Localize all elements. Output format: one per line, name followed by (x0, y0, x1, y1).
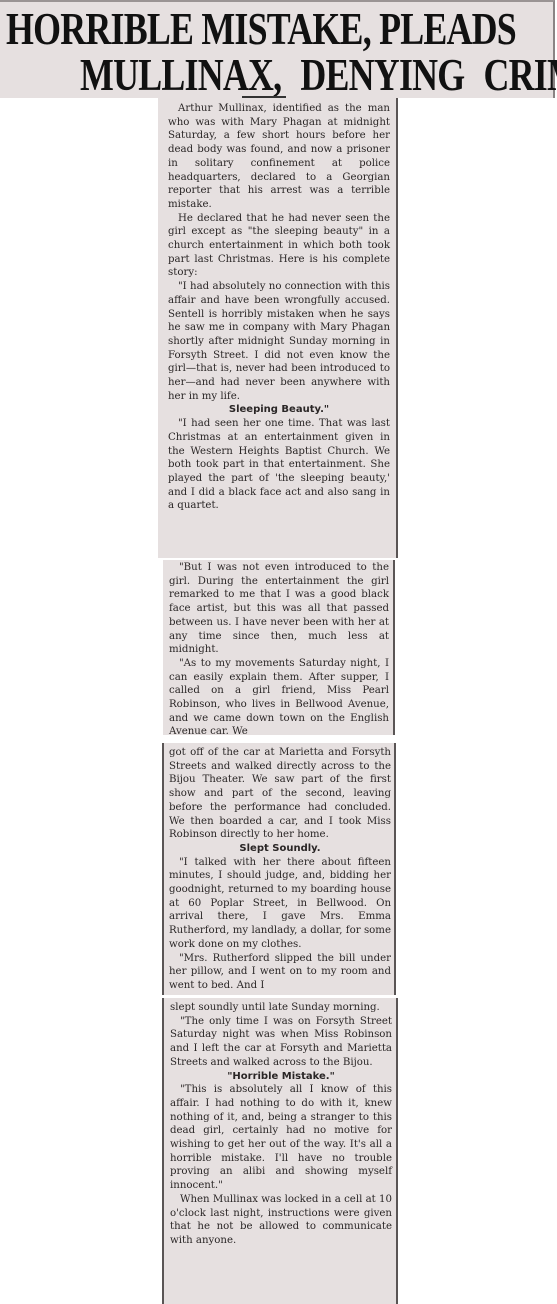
paragraph: "This is absolutely all I know of this a… (170, 1083, 392, 1193)
paragraph: slept soundly until late Sunday morning. (170, 1001, 392, 1015)
paragraph-lead: Arthur Mullinax, identified as the man w… (168, 102, 390, 212)
paragraph: "I talked with her there about fifteen m… (169, 856, 391, 952)
paragraph: "Mrs. Rutherford slipped the bill under … (169, 952, 391, 993)
paragraph: "I had seen her one time. That was last … (168, 417, 390, 513)
subheading: Sleeping Beauty." (168, 403, 390, 417)
headline-line-1: HORRIBLE MISTAKE, PLEADS (6, 6, 516, 52)
paragraph: When Mullinax was locked in a cell at 10… (170, 1193, 392, 1248)
paragraph: He declared that he had never seen the g… (168, 212, 390, 281)
article-clipping-3: got off of the car at Marietta and Forsy… (162, 743, 396, 995)
paragraph: "I had absolutely no connection with thi… (168, 280, 390, 403)
paragraph: "But I was not even introduced to the gi… (169, 561, 389, 657)
paragraph: got off of the car at Marietta and Forsy… (169, 746, 391, 842)
paragraph: "As to my movements Saturday night, I ca… (169, 657, 389, 739)
article-clipping-4: slept soundly until late Sunday morning.… (162, 998, 398, 1304)
subheading: Slept Soundly. (169, 842, 391, 856)
article-clipping-2: "But I was not even introduced to the gi… (163, 560, 395, 735)
subheading: "Horrible Mistake." (170, 1070, 392, 1084)
headline-box: HORRIBLE MISTAKE, PLEADS MULLINAX, DENYI… (0, 0, 555, 98)
article-clipping-1: Arthur Mullinax, identified as the man w… (158, 98, 398, 558)
headline-line-2: MULLINAX, DENYING CRIME (80, 52, 557, 98)
paragraph: "The only time I was on Forsyth Street S… (170, 1015, 392, 1070)
